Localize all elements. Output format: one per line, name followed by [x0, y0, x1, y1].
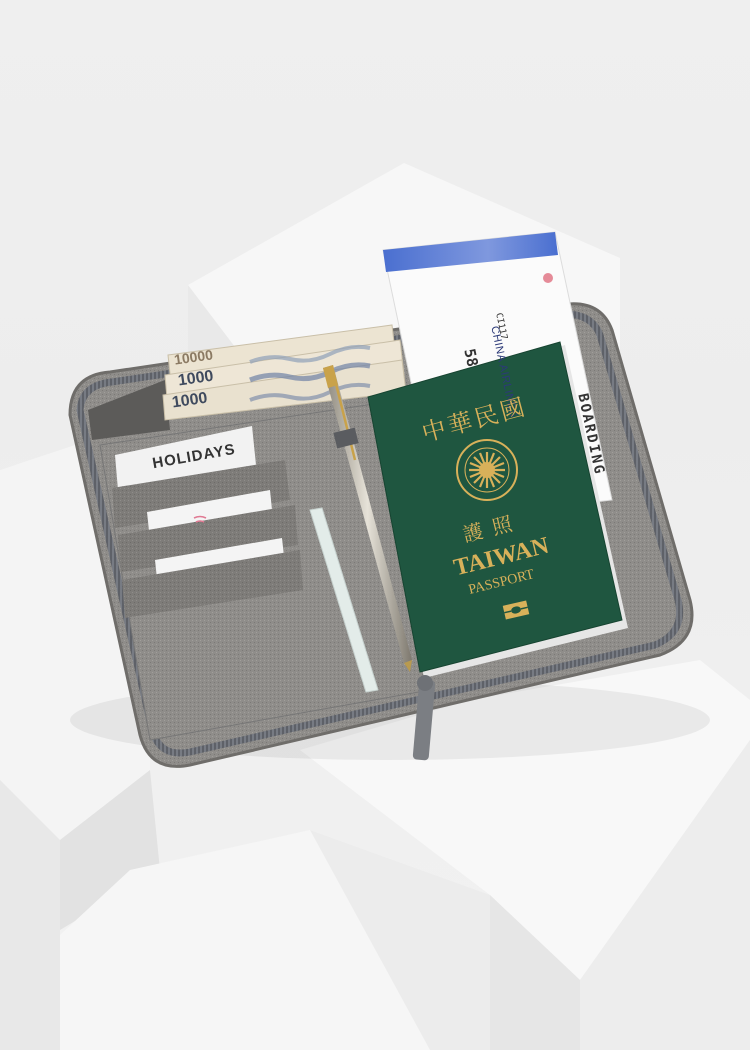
- product-photo: HOLIDAYS 10000 1000 1000 CHINA AIRLINES …: [0, 0, 750, 1050]
- seat-number: 58: [460, 347, 481, 368]
- scene-illustration: [0, 0, 750, 1050]
- plum-blossom-icon: [543, 273, 553, 283]
